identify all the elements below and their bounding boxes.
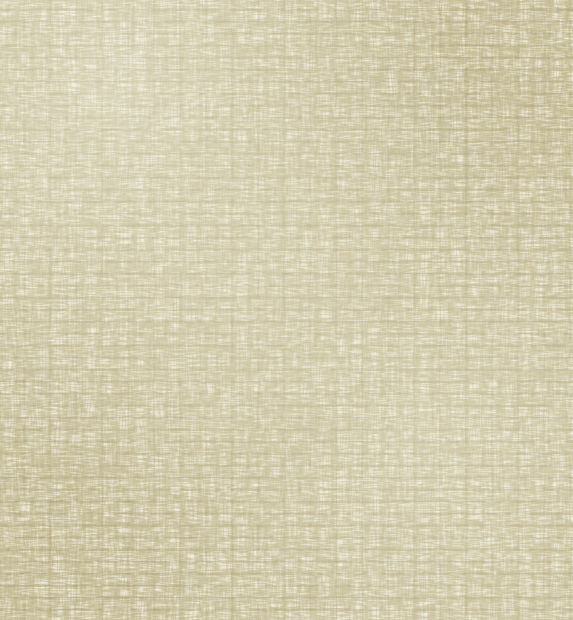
fabric-lighting	[0, 0, 573, 620]
fabric-swatch	[0, 0, 573, 620]
